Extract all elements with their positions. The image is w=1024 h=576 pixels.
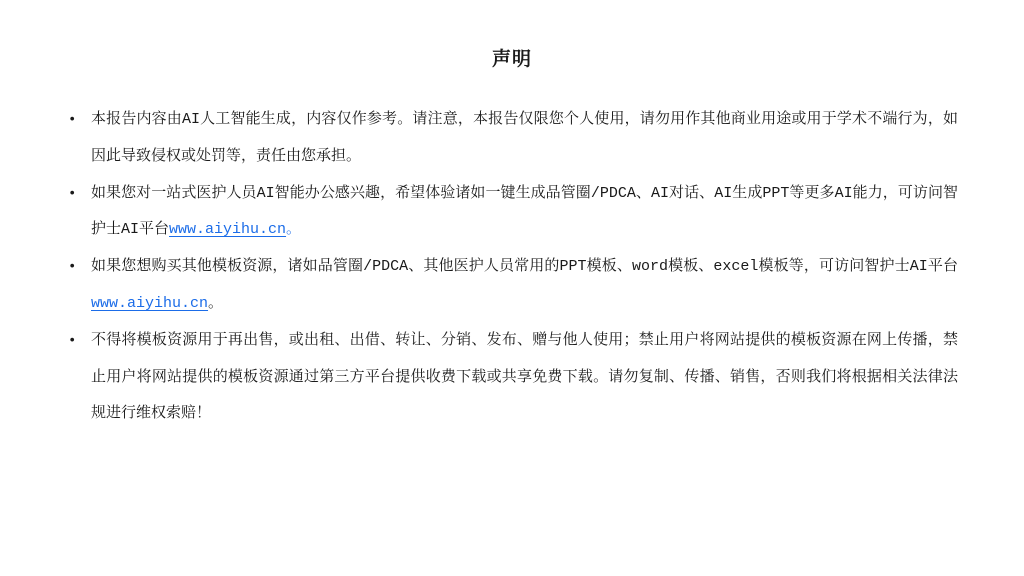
aiyihu-link[interactable]: www.aiyihu.cn: [169, 221, 286, 238]
list-item-text: 。: [286, 221, 301, 238]
disclaimer-content: • 本报告内容由AI人工智能生成，内容仅作参考。请注意，本报告仅限您个人使用，请…: [66, 102, 958, 433]
list-item: • 本报告内容由AI人工智能生成，内容仅作参考。请注意，本报告仅限您个人使用，请…: [66, 102, 958, 176]
statement-slide: 声明 • 本报告内容由AI人工智能生成，内容仅作参考。请注意，本报告仅限您个人使…: [0, 0, 1024, 576]
bullet-icon: •: [68, 102, 76, 139]
list-item-text: 。: [208, 295, 223, 312]
list-item-text: 不得将模板资源用于再出售，或出租、出借、转让、分销、发布、赠与他人使用；禁止用户…: [91, 332, 958, 423]
bullet-icon: •: [68, 323, 76, 360]
bullet-icon: •: [68, 176, 76, 213]
list-item: • 不得将模板资源用于再出售，或出租、出借、转让、分销、发布、赠与他人使用；禁止…: [66, 323, 958, 433]
list-item: • 如果您对一站式医护人员AI智能办公感兴趣，希望体验诸如一键生成品管圈/PDC…: [66, 176, 958, 250]
disclaimer-list: • 本报告内容由AI人工智能生成，内容仅作参考。请注意，本报告仅限您个人使用，请…: [66, 102, 958, 433]
list-item-text: 本报告内容由AI人工智能生成，内容仅作参考。请注意，本报告仅限您个人使用，请勿用…: [91, 111, 958, 165]
list-item: • 如果您想购买其他模板资源，诸如品管圈/PDCA、其他医护人员常用的PPT模板…: [66, 249, 958, 323]
list-item-text: 如果您想购买其他模板资源，诸如品管圈/PDCA、其他医护人员常用的PPT模板、w…: [91, 258, 958, 275]
bullet-icon: •: [68, 249, 76, 286]
page-title: 声明: [0, 0, 1024, 71]
aiyihu-link[interactable]: www.aiyihu.cn: [91, 295, 208, 312]
